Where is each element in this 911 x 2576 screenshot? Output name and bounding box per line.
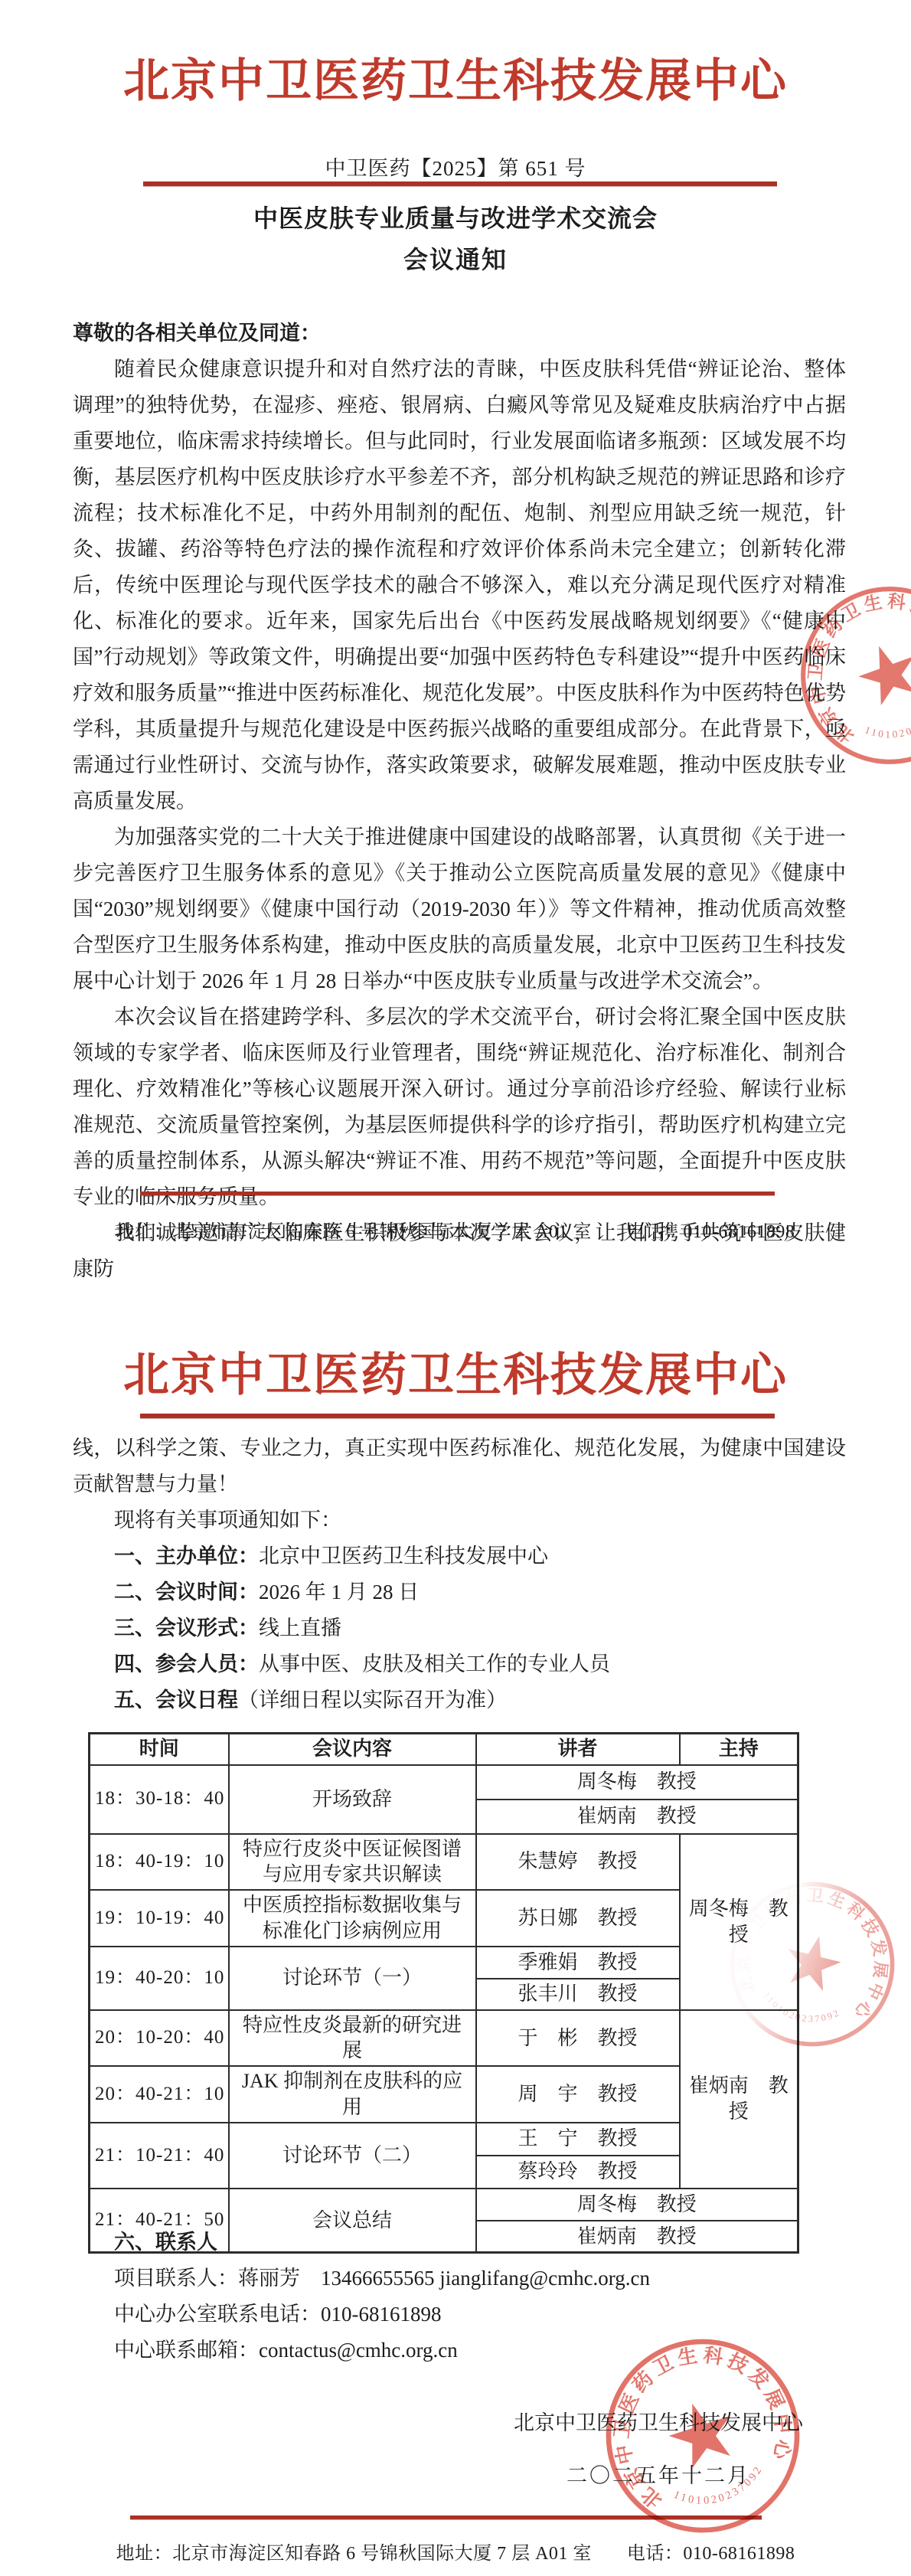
content-cell: 开场致辞: [229, 1765, 476, 1834]
speaker-cell: 王 宁 教授: [476, 2123, 680, 2156]
item-value: 北京中卫医药卫生科技发展中心: [259, 1545, 548, 1568]
speaker-cell: 周 宇 教授: [476, 2066, 680, 2123]
time-cell: 21：10-21：40: [90, 2123, 229, 2189]
footer-address: 地址：北京市海淀区知春路 6 号锦秋国际大厦 7 层 A01 室: [116, 1222, 592, 1242]
time-cell: 20：10-20：40: [90, 2010, 229, 2067]
content-cell: 讨论环节（二）: [229, 2123, 476, 2189]
signature-org: 北京中卫医药卫生科技发展中心: [498, 2406, 819, 2436]
page1-org-title: 北京中卫医药卫生科技发展中心: [0, 44, 911, 110]
footer-rule-page2: [130, 2516, 762, 2519]
speaker-cell: 苏日娜 教授: [476, 1890, 680, 1947]
contacts-section: 六、联系人 项目联系人：蒋丽芳 13466655565 jianglifang@…: [73, 2225, 846, 2368]
item-value: 2026 年 1 月 28 日: [259, 1581, 419, 1603]
notice-item-agenda: 五、会议日程（详细日程以实际召开为准）: [73, 1682, 846, 1718]
time-cell: 18：40-19：10: [90, 1834, 229, 1891]
notice-item-host: 一、主办单位：北京中卫医药卫生科技发展中心: [73, 1538, 846, 1574]
speaker-cell: 蔡玲玲 教授: [476, 2156, 680, 2189]
notice-item-time: 二、会议时间：2026 年 1 月 28 日: [73, 1574, 846, 1610]
item-label: 四、参会人员：: [114, 1652, 259, 1675]
item-value: 线上直播: [259, 1617, 341, 1639]
page1-body: 尊敬的各相关单位及同道： 随着民众健康意识提升和对自然疗法的青睐，中医皮肤科凭借…: [73, 315, 846, 1287]
page2-body: 线，以科学之策、专业之力，真正实现中医药标准化、规范化发展，为健康中国建设贡献智…: [73, 1430, 846, 1718]
footer-rule-page1: [140, 1192, 775, 1195]
page2-footer: 地址：北京市海淀区知春路 6 号锦秋国际大厦 7 层 A01 室电话：010-6…: [0, 2538, 911, 2565]
item-value: （详细日程以实际召开为准）: [238, 1688, 507, 1711]
speaker-cell: 崔炳南 教授: [476, 1800, 798, 1834]
item-label: 三、会议形式：: [114, 1617, 259, 1639]
page2-org-title: 北京中卫医药卫生科技发展中心: [0, 1339, 911, 1404]
svg-text:1101020237092: 1101020237092: [860, 695, 911, 751]
header-content: 会议内容: [229, 1734, 476, 1765]
speaker-cell: 朱慧婷 教授: [476, 1834, 680, 1891]
paragraph-1: 随着民众健康意识提升和对自然疗法的青睐，中医皮肤科凭借“辨证论治、整体调理”的独…: [73, 351, 846, 819]
signature-date: 二〇二五年十二月: [498, 2459, 819, 2489]
seal-number-text: 1101020237092: [860, 695, 911, 751]
speaker-cell: 季雅娟 教授: [476, 1947, 680, 1979]
table-row: 18：40-19：10 特应行皮炎中医证候图谱与应用专家共识解读 朱慧婷 教授 …: [90, 1834, 798, 1891]
notice-item-format: 三、会议形式：线上直播: [73, 1610, 846, 1646]
doc-number: 中卫医药【2025】第 651 号: [0, 152, 911, 181]
footer-address: 地址：北京市海淀区知春路 6 号锦秋国际大厦 7 层 A01 室: [116, 2544, 592, 2564]
header-rule-page2: [140, 1414, 775, 1418]
header-speaker: 讲者: [476, 1734, 680, 1765]
content-cell: 中医质控指标数据收集与标准化门诊病例应用: [229, 1890, 476, 1947]
salutation: 尊敬的各相关单位及同道：: [73, 315, 846, 351]
item-label: 二、会议时间：: [114, 1581, 259, 1603]
item-label: 一、主办单位：: [114, 1545, 259, 1568]
header-time: 时间: [90, 1734, 229, 1765]
host-cell: 周冬梅 教授: [680, 1834, 798, 2010]
continuation-paragraph: 线，以科学之策、专业之力，真正实现中医药标准化、规范化发展，为健康中国建设贡献智…: [73, 1430, 846, 1502]
table-row: 21：40-21：50 会议总结 周冬梅 教授: [90, 2189, 798, 2221]
contact-line-project: 项目联系人：蒋丽芳 13466655565 jianglifang@cmhc.o…: [73, 2261, 846, 2296]
speaker-cell: 周冬梅 教授: [476, 1765, 798, 1800]
footer-phone: 电话：010-68161898: [627, 1222, 795, 1242]
contact-line-email: 中心联系邮箱：contactus@cmhc.org.cn: [73, 2332, 846, 2368]
content-cell: 特应行皮炎中医证候图谱与应用专家共识解读: [229, 1834, 476, 1891]
time-cell: 18：30-18：40: [90, 1765, 229, 1834]
time-cell: 19：40-20：10: [90, 1947, 229, 2010]
seal-star-icon: [851, 636, 911, 710]
content-cell: 讨论环节（一）: [229, 1947, 476, 2010]
table-row: 20：10-20：40 特应性皮炎最新的研究进展 于 彬 教授 崔炳南 教授: [90, 2010, 798, 2067]
host-cell: 崔炳南 教授: [680, 2010, 798, 2189]
notice-intro: 现将有关事项通知如下：: [73, 1502, 846, 1538]
content-cell: JAK 抑制剂在皮肤科的应用: [229, 2066, 476, 2123]
paragraph-2: 为加强落实党的二十大关于推进健康中国建设的战略部署，认真贯彻《关于进一步完善医疗…: [73, 819, 846, 999]
contact-line-office-phone: 中心办公室联系电话：010-68161898: [73, 2296, 846, 2332]
time-cell: 20：40-21：10: [90, 2066, 229, 2123]
scanned-notice-document: 北京中卫医药卫生科技发展中心 中卫医药【2025】第 651 号 中医皮肤专业质…: [0, 0, 911, 2576]
subject-title: 中医皮肤专业质量与改进学术交流会: [0, 199, 911, 234]
header-rule-page1: [143, 181, 777, 186]
notice-item-attendees: 四、参会人员：从事中医、皮肤及相关工作的专业人员: [73, 1646, 846, 1682]
speaker-cell: 周冬梅 教授: [476, 2189, 798, 2221]
table-header-row: 时间 会议内容 讲者 主持: [90, 1734, 798, 1765]
table-row: 18：30-18：40 开场致辞 周冬梅 教授: [90, 1765, 798, 1800]
signature-block: 北京中卫医药卫生科技发展中心 二〇二五年十二月: [498, 2406, 819, 2489]
contacts-heading: 六、联系人: [73, 2225, 846, 2261]
page1-footer: 地址：北京市海淀区知春路 6 号锦秋国际大厦 7 层 A01 室电话：010-6…: [0, 1216, 911, 1243]
header-host: 主持: [680, 1734, 798, 1765]
speaker-cell: 于 彬 教授: [476, 2010, 680, 2067]
notice-type-title: 会议通知: [0, 240, 911, 276]
schedule-table: 时间 会议内容 讲者 主持 18：30-18：40 开场致辞 周冬梅 教授 崔炳…: [88, 1732, 799, 2254]
footer-phone: 电话：010-68161898: [627, 2544, 795, 2564]
time-cell: 19：10-19：40: [90, 1890, 229, 1947]
paragraph-3: 本次会议旨在搭建跨学科、多层次的学术交流平台，研讨会将汇聚全国中医皮肤领域的专家…: [73, 999, 846, 1215]
speaker-cell: 张丰川 教授: [476, 1979, 680, 2010]
item-value: 从事中医、皮肤及相关工作的专业人员: [259, 1652, 610, 1675]
content-cell: 特应性皮炎最新的研究进展: [229, 2010, 476, 2067]
item-label: 五、会议日程: [114, 1688, 238, 1711]
